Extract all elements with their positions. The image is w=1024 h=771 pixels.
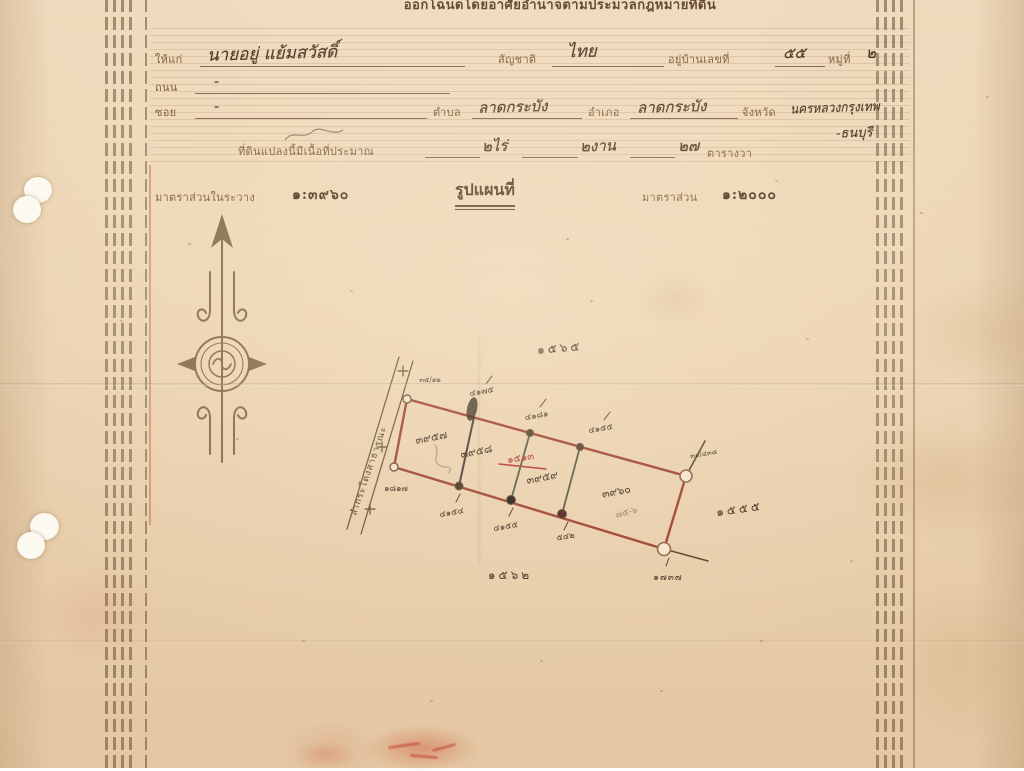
underline bbox=[472, 118, 582, 119]
nationality-label: สัญชาติ bbox=[498, 50, 536, 68]
mark-fraction: ๓๑/๔๓๘ bbox=[690, 448, 718, 461]
neighbor-number: ๑๕๖๕ bbox=[536, 339, 582, 357]
map-title: รูปแผนที่ bbox=[455, 178, 515, 207]
neighbor-number: ๑๕๖๒ bbox=[488, 568, 532, 582]
underline bbox=[195, 93, 450, 94]
red-underline bbox=[499, 464, 546, 469]
fold-crease-horizontal bbox=[0, 383, 1024, 386]
moo-label: หมู่ที่ bbox=[828, 50, 851, 68]
mark-number: ๔๑๘๑ bbox=[524, 409, 549, 423]
neighbor-number: ๑๕๕๕ bbox=[715, 499, 763, 519]
red-stamp bbox=[365, 725, 480, 768]
underline bbox=[195, 118, 427, 119]
given-to-label: ให้แก่ bbox=[155, 50, 183, 68]
punch-hole bbox=[13, 196, 41, 223]
fold-crease-vertical bbox=[478, 335, 480, 565]
underline bbox=[425, 157, 480, 158]
area-ngan: ๒งาน bbox=[580, 134, 617, 159]
left-red-margin-rule bbox=[149, 165, 151, 525]
neighbor-number: ๑๗๓๗ bbox=[653, 573, 682, 583]
area-wa: ๒๗ bbox=[678, 134, 700, 159]
pencil-note: ๗๕-๖ bbox=[614, 505, 638, 521]
underline bbox=[200, 66, 465, 67]
province-value-cont: -ธนบุรี bbox=[836, 122, 873, 144]
sheet-scale-label: มาตราส่วนในระวาง bbox=[155, 188, 255, 206]
mark-number: ๔๑๕๕ bbox=[588, 422, 615, 436]
amphoe-label: อำเภอ bbox=[588, 103, 620, 121]
deed-header-text: ออกโฉนดโดยอาศัยอำนาจตามประมวลกฎหมายที่ดิ… bbox=[350, 0, 770, 15]
road-label: ถนน bbox=[155, 78, 178, 96]
mark-number: ๔๑๕๕ bbox=[493, 520, 520, 534]
underline bbox=[775, 66, 825, 67]
nationality-value: ไทย bbox=[567, 38, 597, 66]
boundary-mark-numbers: ๔๑๗๕ ๔๑๘๑ ๔๑๕๕ ๔๑๕๔ ๔๑๕๕ ๕๔๒ ๓๕/๑๒ ๑๘๑๗ … bbox=[384, 376, 718, 544]
area-label: ที่ดินแปลงนี้มีเนื้อที่ประมาณ bbox=[238, 142, 374, 160]
paper-specks bbox=[0, 0, 3, 2]
soi-value: - bbox=[214, 97, 220, 115]
moo-number: ๒ bbox=[866, 41, 877, 65]
canal-name: ลำกระโดงสาธารณะ bbox=[348, 425, 389, 517]
mark-number: ๔๑๗๕ bbox=[469, 385, 496, 399]
pencil-scribble bbox=[435, 445, 450, 473]
mark-fraction: ๑๘๑๗ bbox=[384, 484, 408, 494]
amphoe-value: ลาดกระบัง bbox=[637, 94, 707, 120]
map-scale-label: มาตราส่วน bbox=[642, 188, 697, 206]
province-label: จังหวัด bbox=[742, 103, 776, 121]
plot-number: ๓๙๕๙ bbox=[525, 468, 559, 487]
area-rai: ๒ไร่ bbox=[482, 134, 508, 159]
house-number: ๕๕ bbox=[783, 41, 806, 66]
tambon-label: ตำบล bbox=[433, 103, 461, 121]
underline bbox=[552, 66, 664, 67]
province-value: นครหลวงกรุงเทพ bbox=[790, 95, 880, 119]
underline bbox=[630, 118, 738, 119]
soi-label: ซอย bbox=[155, 103, 176, 121]
area-wa-label: ตารางวา bbox=[707, 144, 752, 162]
plot-number: ๓๙๖๐ bbox=[601, 482, 632, 500]
holder-name: นายอยู่ แย้มสวัสดิ์ bbox=[207, 38, 338, 68]
mark-number: ๕๔๒ bbox=[556, 530, 576, 543]
plot-divider bbox=[562, 447, 580, 514]
north-arrow-compass bbox=[165, 212, 280, 468]
sheet-scale-value: ๑:๓๙๖๐ bbox=[292, 184, 349, 206]
mark-number: ๔๑๕๔ bbox=[439, 506, 466, 520]
underline bbox=[522, 157, 578, 158]
cadastral-map: ๔๑๗๕ ๔๑๘๑ ๔๑๕๕ ๔๑๕๔ ๔๑๕๕ ๕๔๒ ๓๕/๑๒ ๑๘๑๗ … bbox=[330, 320, 810, 620]
tambon-value: ลาดกระบัง bbox=[478, 94, 548, 120]
house-label: อยู่บ้านเลขที่ bbox=[668, 50, 730, 68]
red-stamp-faint bbox=[295, 742, 355, 768]
underline bbox=[630, 157, 675, 158]
fold-crease-horizontal bbox=[0, 640, 1024, 643]
plot-number: ๓๙๕๗ bbox=[414, 428, 448, 447]
plot-number: ๓๙๕๘ bbox=[459, 442, 493, 461]
map-scale-value: ๑:๒๐๐๐ bbox=[722, 184, 777, 206]
red-parcel-number: ๑๕๑๓ bbox=[506, 451, 535, 466]
punch-hole bbox=[17, 532, 45, 559]
road-value: - bbox=[214, 72, 220, 90]
scanned-deed-page: ออกโฉนดโดยอาศัยอำนาจตามประมวลกฎหมายที่ดิ… bbox=[0, 0, 1024, 768]
